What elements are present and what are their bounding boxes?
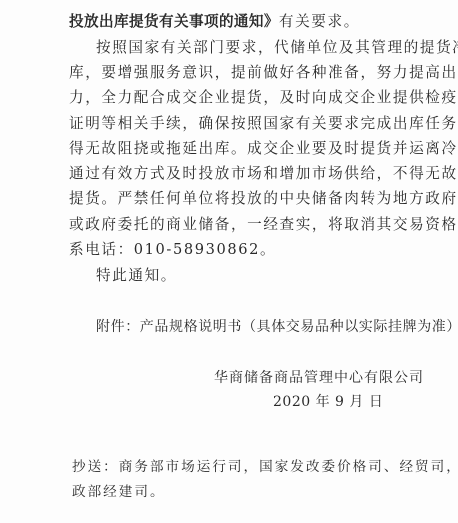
signature-organization: 华商储备商品管理中心有限公司	[214, 369, 424, 387]
body-line: 通过有效方式及时投放市场和增加市场供给，不得无故拖延	[69, 165, 411, 183]
heading-tail-line: 投放出库提货有关事项的通知》有关要求。	[69, 13, 411, 31]
body-line: 提货。严禁任何单位将投放的中央储备肉转为地方政府储备	[69, 190, 411, 208]
signature-date: 2020 年 9 月 日	[273, 393, 383, 411]
notice-title-fragment: 投放出库提货有关事项的通知》	[69, 13, 279, 30]
cc-line-1: 抄送：商务部市场运行司，国家发改委价格司、经贸司，财	[72, 458, 458, 476]
body-line: 得无故阻挠或拖延出库。成交企业要及时提货并运离冷库，	[69, 140, 411, 158]
closing-text: 特此通知。	[96, 267, 438, 285]
body-line: 证明等相关手续，确保按照国家有关要求完成出库任务，不	[69, 115, 411, 133]
heading-suffix: 有关要求。	[279, 13, 360, 30]
body-line: 按照国家有关部门要求，代储单位及其管理的提货冷	[96, 39, 438, 57]
body-line: 库，要增强服务意识，提前做好各种准备，努力提高出库能	[69, 64, 411, 82]
document-page: 投放出库提货有关事项的通知》有关要求。 按照国家有关部门要求，代储单位及其管理的…	[0, 0, 458, 523]
body-line: 力，全力配合成交企业提货，及时向成交企业提供检疫检验	[69, 89, 411, 107]
body-line: 或政府委托的商业储备，一经查实，将取消其交易资格。联	[69, 216, 411, 234]
cc-line-2: 政部经建司。	[72, 483, 166, 501]
attachment-note: 附件：产品规格说明书（具体交易品种以实际挂牌为准）	[96, 318, 438, 336]
contact-phone-line: 系电话：010-58930862。	[69, 241, 411, 259]
